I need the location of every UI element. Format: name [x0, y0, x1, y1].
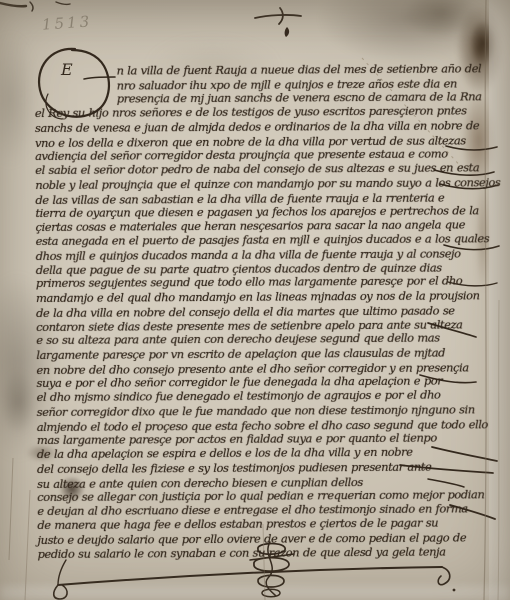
manuscript-line: n la villa de fuent Rauja a nueue dias d…	[117, 61, 482, 77]
manuscript-line: del consejo della les fiziese e sy los t…	[37, 459, 431, 475]
manuscript-line: de la dha apelaçion se espira e dellos e…	[37, 445, 413, 461]
manuscript-line: el dho mjsmo sindico fue denegado el tes…	[37, 388, 441, 404]
manuscript-line: noble y leal proujnçia que el quinze con…	[35, 175, 500, 192]
manuscript-line: primeros segujentes segund que todo ello…	[36, 274, 462, 291]
manuscript-body: n la villa de fuent Rauja a nueue dias d…	[0, 0, 510, 600]
manuscript-line: e deujan al dho escriuano diese e entreg…	[37, 501, 468, 518]
manuscript-line: çiertas cosas e materiales que heran nes…	[36, 217, 466, 234]
manuscript-line: esta anegada en el puerto de pasajes fas…	[36, 232, 490, 249]
manuscript-line: pedido su salario le con synaban e con s…	[38, 544, 446, 560]
manuscript-page: 1513	[0, 0, 510, 600]
manuscript-line: largamente paresçe por vn escrito de ape…	[36, 346, 445, 362]
manuscript-line: señor corregidor dixo que le fue mandado…	[37, 402, 475, 419]
manuscript-line: de manera que haga fee e dellos estaban …	[37, 516, 438, 532]
manuscript-line: e so su alteza para ante quien con derec…	[36, 331, 439, 347]
manuscript-line: sanchs de venesa e juan de almjda dedos …	[35, 118, 479, 135]
manuscript-line: mandamjo e del qual dho mandamjo en las …	[36, 289, 480, 306]
manuscript-line: el Rey su hijo nros señores e de los tes…	[35, 103, 467, 120]
